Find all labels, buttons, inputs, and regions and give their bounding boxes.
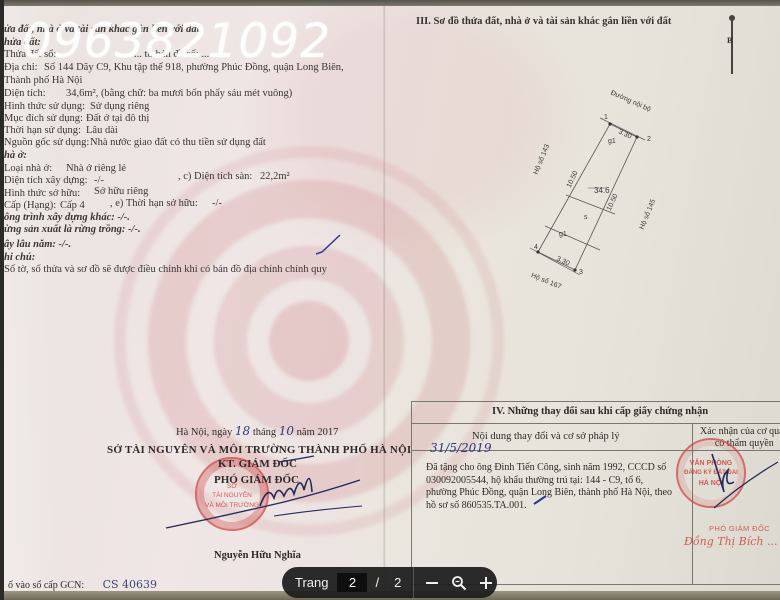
date-year-label: năm xyxy=(297,427,315,438)
build-area-label: Diện tích xây dựng: xyxy=(4,174,88,187)
forest: ừng sản xuất là rừng trồng: -/-. xyxy=(4,223,141,236)
parcel-area: 34.6 xyxy=(594,186,610,195)
north-label: B xyxy=(727,36,732,45)
floor-area-value: 22,2m² xyxy=(260,170,290,183)
address-value-2: Thành phố Hà Nội xyxy=(4,74,82,87)
perennial: ây lâu năm: -/-. xyxy=(4,238,71,251)
date-month-label: tháng xyxy=(253,427,276,438)
g1-top: g1 xyxy=(608,138,616,145)
deputy-director: PHÓ GIÁM ĐỐC xyxy=(214,474,299,486)
north-arrow-icon xyxy=(731,18,733,74)
document-page: ửa đất, nhà ở và tài sản khác gắn liền v… xyxy=(4,6,780,591)
signer-name: Nguyễn Hữu Nghĩa xyxy=(214,550,301,561)
stamp-line: VĂN PHÒNG xyxy=(678,460,744,467)
document-viewer: ửa đất, nhà ở và tài sản khác gắn liền v… xyxy=(0,0,780,600)
page-toolbar: Trang / 2 xyxy=(282,567,497,598)
gcn-number: ố vào sổ cấp GCN: CS 40639 xyxy=(8,578,157,591)
point-3: 3 xyxy=(579,269,583,276)
zoom-in-button[interactable] xyxy=(474,569,497,597)
date-prefix: Hà Nội, ngày xyxy=(176,427,232,438)
col1-header: Nội dung thay đổi và cơ sở pháp lý xyxy=(472,431,620,442)
stamp-line: HÀ NỘI xyxy=(678,480,744,487)
own-term-label: , e) Thời hạn sở hữu: xyxy=(110,197,198,210)
office-stamp: VĂN PHÒNG ĐĂNG KÝ ĐẤT ĐAI HÀ NỘI xyxy=(676,438,746,508)
entry-line: Đã tặng cho ông Đinh Tiến Công, sinh năm… xyxy=(426,462,672,475)
change-entry: Đã tặng cho ông Đinh Tiến Công, sinh năm… xyxy=(426,462,672,512)
gcn-value: CS 40639 xyxy=(103,578,157,591)
plus-icon xyxy=(479,576,493,590)
house-label: s xyxy=(584,214,588,221)
date-year: 2017 xyxy=(317,427,338,438)
parcel-diagram xyxy=(500,80,690,290)
house-heading: hà ở: xyxy=(4,149,27,162)
kt-director: KT. GIÁM ĐỐC xyxy=(218,458,297,470)
area-label: Diện tích: xyxy=(4,87,46,100)
page-number-input[interactable] xyxy=(337,573,367,592)
zoom-reset-button[interactable] xyxy=(447,569,470,597)
entry-line: hồ sơ số 860535.TA.001. xyxy=(426,500,672,513)
date-month: 10 xyxy=(279,424,294,438)
issue-date: Hà Nội, ngày 18 tháng 10 năm 2017 xyxy=(176,424,338,438)
right-official-title: PHÓ GIÁM ĐỐC xyxy=(709,524,770,533)
minus-icon xyxy=(425,576,439,590)
stamp-line: ĐĂNG KÝ ĐẤT ĐAI xyxy=(678,470,744,476)
notes-text: Số tờ, số thửa và sơ đồ sẽ được điều chỉ… xyxy=(4,263,327,276)
date-day: 18 xyxy=(235,424,250,438)
entry-line: 030092005544, hộ khẩu thường trú tại: 14… xyxy=(426,475,672,488)
magnifier-icon xyxy=(451,575,467,591)
own-term-value: -/- xyxy=(212,197,222,210)
total-pages: 2 xyxy=(394,575,401,590)
stamp-line: VÀ MÔI TRƯỜNG xyxy=(197,502,267,509)
section4-title: IV. Những thay đổi sau khi cấp giấy chứn… xyxy=(412,402,780,424)
col2-header-line1: Xác nhận của cơ quan xyxy=(700,426,780,438)
stamp-line: TÀI NGUYÊN xyxy=(197,492,267,499)
entry-date: 31/5/2019 xyxy=(430,441,492,455)
right-official-name: Đồng Thị Bích ... xyxy=(684,535,778,548)
gcn-label: ố vào sổ cấp GCN: xyxy=(8,580,84,591)
page-fold xyxy=(383,6,386,591)
g1-bottom: g1 xyxy=(559,231,567,238)
issuing-agency: SỞ TÀI NGUYÊN VÀ MÔI TRƯỜNG THÀNH PHỐ HÀ… xyxy=(107,444,411,456)
section3-title: III. Sơ đồ thửa đất, nhà ở và tài sản kh… xyxy=(416,16,671,27)
point-2: 2 xyxy=(647,136,651,143)
origin-label: Nguồn gốc sử dụng: xyxy=(4,136,89,149)
origin-value: Nhà nước giao đất có thu tiền sử dụng đấ… xyxy=(90,136,266,149)
area-value: 34,6m², (bằng chữ: ba mươi bốn phẩy sáu … xyxy=(66,87,292,100)
entry-line: phường Phúc Đồng, quận Long Biên, thành … xyxy=(426,487,672,500)
point-1: 1 xyxy=(604,114,608,121)
page-label: Trang xyxy=(295,575,328,590)
toolbar-divider xyxy=(413,567,414,598)
zoom-out-button[interactable] xyxy=(420,569,443,597)
point-4: 4 xyxy=(534,244,538,251)
floor-area-label: , c) Diện tích sàn: xyxy=(178,170,252,183)
viewer-left-edge xyxy=(0,0,4,600)
phone-watermark: 0963821092 xyxy=(22,14,331,69)
page-separator: / xyxy=(375,575,379,590)
